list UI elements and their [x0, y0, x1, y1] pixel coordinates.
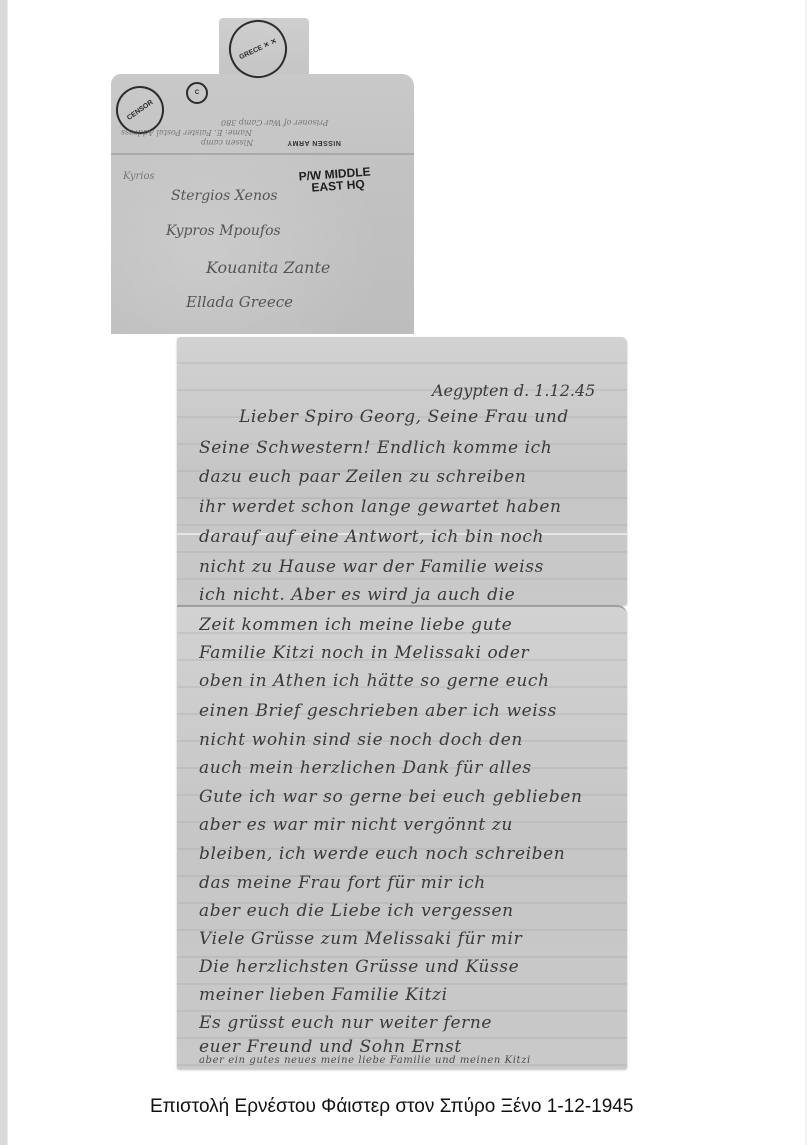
- letter-line: euer Freund und Sohn Ernst: [199, 1037, 599, 1057]
- address-line: Kouanita Zante: [206, 258, 330, 277]
- sender-line: Nissen camp: [201, 138, 253, 147]
- address-line: Kyrios: [123, 171, 155, 182]
- postmark-small-icon: C: [186, 82, 208, 104]
- letter-line: Seine Schwestern! Endlich komme ich: [199, 438, 619, 458]
- letter-line: darauf auf eine Antwort, ich bin noch: [199, 527, 624, 547]
- letter-line: auch mein herzlichen Dank für alles: [199, 758, 624, 778]
- letter-line: Die herzlichsten Grüsse und Küsse: [199, 957, 609, 977]
- letter-line: dazu euch paar Zeilen zu schreiben: [199, 467, 619, 487]
- address-line: Kypros Mpoufos: [166, 223, 281, 239]
- letter-line: Es grüsst euch nur weiter ferne: [199, 1013, 599, 1033]
- letter-line: Gute ich war so gerne bei euch geblieben: [199, 787, 624, 807]
- letter-line: aber euch die Liebe ich vergessen: [199, 901, 579, 921]
- letter-scan: Aegypten d. 1.12.45 Lieber Spiro Georg, …: [177, 337, 627, 1067]
- censor-label: NISSEN ARMY: [287, 139, 341, 146]
- letter-line: nicht zu Hause war der Familie weiss: [199, 557, 624, 577]
- letter-line: nicht wohin sind sie noch doch den: [199, 730, 619, 750]
- letter-postscript: aber ein gutes neues meine liebe Familie…: [199, 1055, 624, 1066]
- letter-line: einen Brief geschrieben aber ich weiss: [199, 701, 624, 721]
- postmark-small-text: C: [195, 90, 199, 96]
- figure-caption: Επιστολή Ερνέστου Φάιστερ στον Σπύρο Ξέν…: [0, 1096, 807, 1118]
- letter-line: ich nicht. Aber es wird ja auch die: [199, 585, 624, 605]
- address-line: Stergios Xenos: [171, 188, 278, 204]
- letter-line: meiner lieben Familie Kitzi: [199, 985, 589, 1005]
- envelope-scan: GRECE ✕ ✕ CENSOR C Prisoner of War Camp …: [111, 18, 414, 334]
- letter-line: bleiben, ich werde euch noch schreiben: [199, 844, 609, 864]
- postmark-left-text: CENSOR: [126, 99, 155, 122]
- letter-line: Viele Grüsse zum Melissaki für mir: [199, 929, 624, 949]
- letter-line: oben in Athen ich hätte so gerne euch: [199, 671, 624, 691]
- address-line: Ellada Greece: [186, 293, 293, 311]
- sender-line: Name: E. Faister Postal Address: [121, 128, 252, 137]
- letter-line: Zeit kommen ich meine liebe gute: [199, 615, 624, 635]
- letter-line: aber es war mir nicht vergönnt zu: [199, 815, 599, 835]
- sender-line: Prisoner of War Camp 380: [221, 118, 328, 127]
- letter-line: Lieber Spiro Georg, Seine Frau und: [239, 407, 619, 427]
- postmark-top-text: GRECE ✕ ✕: [238, 37, 278, 61]
- pw-middle-east-stamp: P/W MIDDLE EAST HQ: [298, 166, 371, 195]
- envelope-fold: [111, 153, 414, 155]
- letter-line: Familie Kitzi noch in Melissaki oder: [199, 643, 599, 663]
- letter-line: das meine Frau fort für mir ich: [199, 873, 579, 893]
- page-edge-left: [0, 0, 8, 1145]
- letter-line: ihr werdet schon lange gewartet haben: [199, 497, 624, 517]
- letter-date: Aegypten d. 1.12.45: [432, 381, 595, 400]
